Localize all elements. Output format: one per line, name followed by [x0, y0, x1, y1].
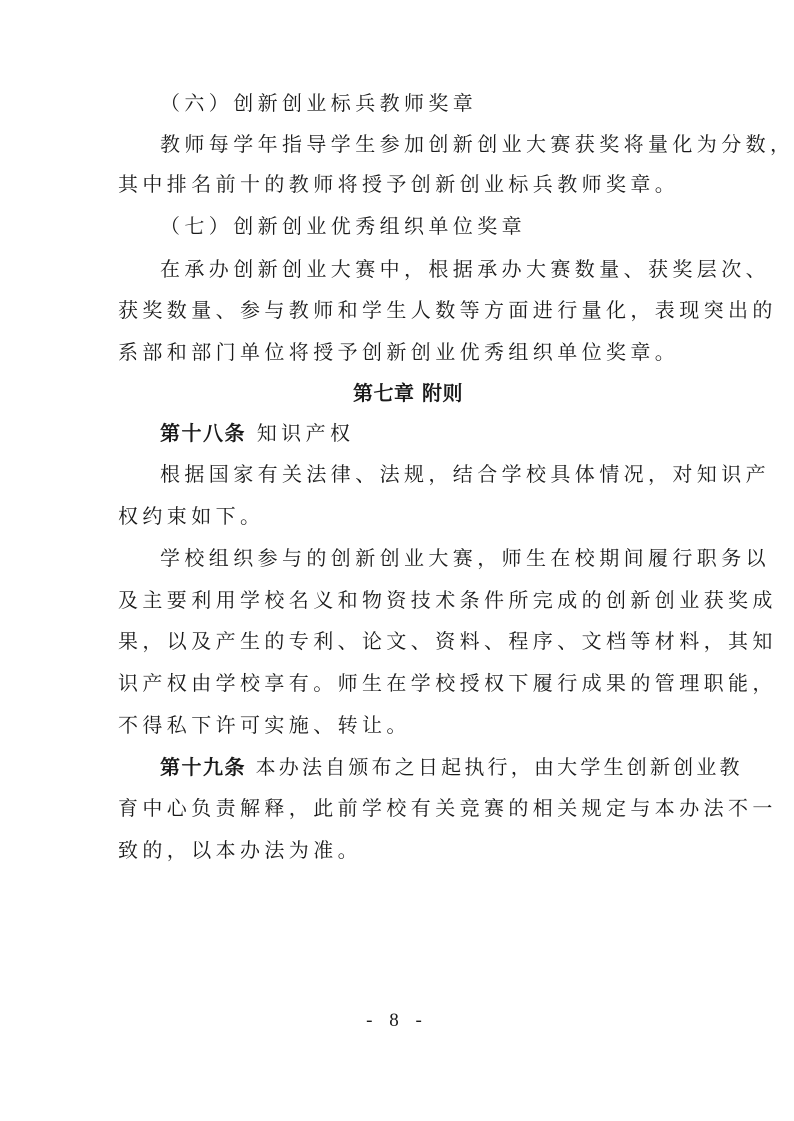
- article18-label: 第十八条: [160, 421, 246, 445]
- article18-heading: 第十八条 知识产权: [160, 412, 760, 454]
- article19-text: 本办法自颁布之日起执行，由大学生创新创业教: [256, 755, 743, 779]
- item7-body-line: 获奖数量、参与教师和学生人数等方面进行量化，表现突出的: [118, 289, 718, 331]
- article18-body-line: 识产权由学校享有。师生在学校授权下履行成果的管理职能，: [118, 662, 718, 704]
- article18-body-line: 根据国家有关法律、法规，结合学校具体情况，对知识产: [160, 453, 760, 495]
- article18-body-line: 果，以及产生的专利、论文、资料、程序、文档等材料，其知: [118, 620, 718, 662]
- article18-body-line: 学校组织参与的创新创业大赛，师生在校期间履行职务以: [160, 537, 760, 579]
- article19-label: 第十九条: [160, 755, 246, 779]
- article19-first-line: 第十九条 本办法自颁布之日起执行，由大学生创新创业教: [160, 746, 760, 788]
- chapter-heading: 第七章 附则: [0, 372, 794, 414]
- item7-body-line: 在承办创新创业大赛中，根据承办大赛数量、获奖层次、: [160, 248, 760, 290]
- item6-title: （六）创新创业标兵教师奖章: [160, 82, 760, 124]
- article19-body-line: 致的，以本办法为准。: [118, 829, 718, 871]
- article18-body-line: 权约束如下。: [118, 495, 718, 537]
- item6-body-line: 教师每学年指导学生参加创新创业大赛获奖将量化为分数，: [160, 123, 760, 165]
- article18-title: 知识产权: [257, 421, 355, 445]
- document-page: （六）创新创业标兵教师奖章 教师每学年指导学生参加创新创业大赛获奖将量化为分数，…: [0, 0, 794, 1121]
- article19-body-line: 育中心负责解释，此前学校有关竞赛的相关规定与本办法不一: [118, 787, 718, 829]
- article18-body-line: 及主要利用学校名义和物资技术条件所完成的创新创业获奖成: [118, 579, 718, 621]
- item6-body-line: 其中排名前十的教师将授予创新创业标兵教师奖章。: [118, 163, 718, 205]
- article18-body-line: 不得私下许可实施、转让。: [118, 704, 718, 746]
- item7-title: （七）创新创业优秀组织单位奖章: [160, 205, 760, 247]
- item7-body-line: 系部和部门单位将授予创新创业优秀组织单位奖章。: [118, 331, 718, 373]
- page-number: - 8 -: [0, 1010, 794, 1032]
